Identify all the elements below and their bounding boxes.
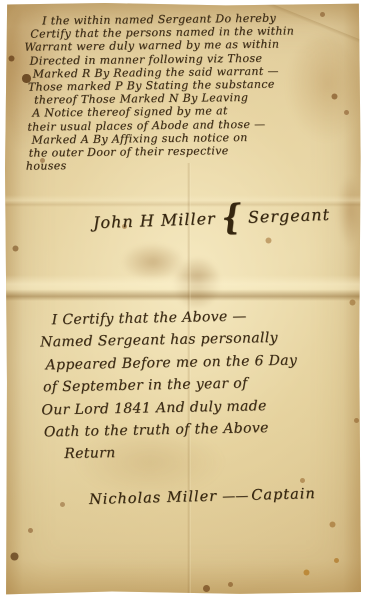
signature-john-h-miller: John H Miller{Sergeant: [92, 197, 330, 240]
handwriting-line: houses: [26, 157, 296, 173]
stain: [173, 257, 221, 309]
signature-dash-flourish: — —: [222, 488, 247, 504]
signature-rank: Captain: [251, 486, 316, 504]
foxing-specks: [5, 3, 8, 6]
signature-brace-flourish: {: [221, 197, 243, 238]
attestation-paragraph: I Certify that the Above — Named Sergean…: [40, 305, 300, 467]
stain: [121, 243, 185, 281]
document-page: I the within named Sergeant Do hereby Ce…: [5, 3, 361, 595]
scan-background: I the within named Sergeant Do hereby Ce…: [0, 0, 370, 600]
fold-crease: [5, 275, 361, 301]
signature-name: Nicholas Miller: [89, 489, 217, 508]
certification-paragraph: I the within named Sergeant Do hereby Ce…: [24, 11, 296, 173]
signature-nicholas-miller: Nicholas Miller — — Captain: [89, 486, 316, 508]
stain: [287, 37, 361, 141]
handwriting-line: Return: [64, 439, 299, 466]
stain: [337, 175, 363, 247]
signature-name: John H Miller: [93, 209, 216, 232]
signature-rank: Sergeant: [248, 205, 331, 227]
